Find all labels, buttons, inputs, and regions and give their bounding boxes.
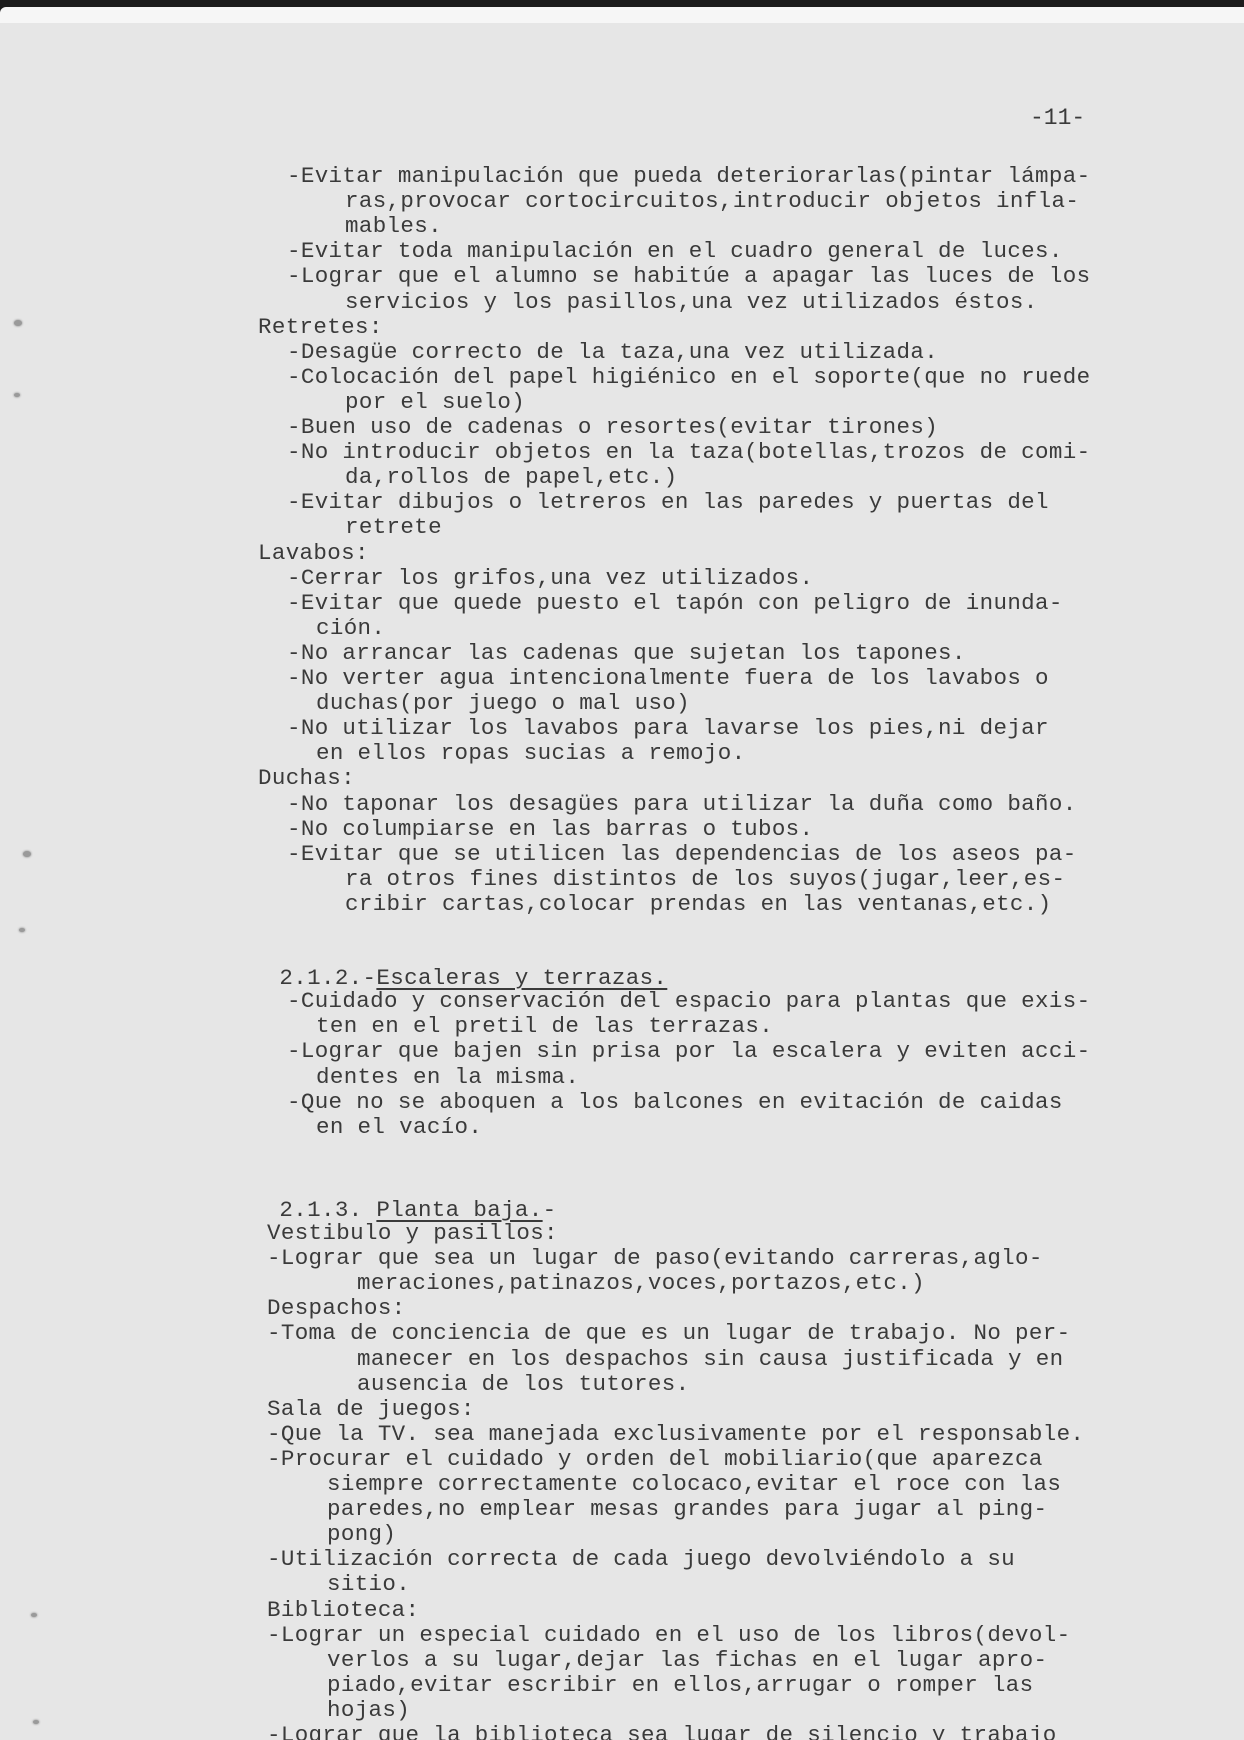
- text-line: sitio.: [327, 1572, 410, 1597]
- list-item: -No utilizar los lavabos para lavarse lo…: [287, 716, 1049, 741]
- list-item: -No taponar los desagües para utilizar l…: [287, 792, 1077, 817]
- text-line: piado,evitar escribir en ellos,arrugar o…: [327, 1673, 1033, 1698]
- list-item: -Evitar dibujos o letreros en las parede…: [287, 490, 1049, 515]
- text-line: mables.: [345, 214, 442, 239]
- text-line: da,rollos de papel,etc.): [345, 465, 677, 490]
- text-line: servicios y los pasillos,una vez utiliza…: [345, 290, 1038, 315]
- list-item: -Lograr que sea un lugar de paso(evitand…: [267, 1246, 1043, 1271]
- list-item: -Evitar que se utilicen las dependencias…: [287, 842, 1077, 867]
- list-item: -Lograr que la biblioteca sea lugar de s…: [267, 1723, 1057, 1740]
- text-line: siempre correctamente colocaco,evitar el…: [327, 1472, 1061, 1497]
- subsection-label: Duchas:: [258, 766, 355, 791]
- list-item: -Desagüe correcto de la taza,una vez uti…: [287, 340, 938, 365]
- subsection-label: Lavabos:: [258, 541, 369, 566]
- scanner-background: [0, 0, 1244, 7]
- text-line: meraciones,patinazos,voces,portazos,etc.…: [357, 1271, 925, 1296]
- list-item: -Cerrar los grifos,una vez utilizados.: [287, 566, 813, 591]
- list-item: -Utilización correcta de cada juego devo…: [267, 1547, 1015, 1572]
- subsection-label: Vestibulo y pasillos:: [267, 1221, 558, 1246]
- list-item: -Cuidado y conservación del espacio para…: [287, 989, 1090, 1014]
- list-item: -Evitar manipulación que pueda deteriora…: [287, 164, 1090, 189]
- text-line: en el vacío.: [316, 1115, 482, 1140]
- document-page: -11- -Evitar manipulación que pueda dete…: [0, 23, 1244, 1740]
- text-line: cribir cartas,colocar prendas en las ven…: [345, 892, 1051, 917]
- list-item: -Evitar que quede puesto el tapón con pe…: [287, 591, 1063, 616]
- text-line: ten en el pretil de las terrazas.: [316, 1014, 773, 1039]
- punch-hole-mark: [31, 1613, 37, 1617]
- list-item: -No verter agua intencionalmente fuera d…: [287, 666, 1049, 691]
- text-line: ción.: [316, 616, 385, 641]
- text-line: retrete: [345, 515, 442, 540]
- text-line: hojas): [327, 1698, 410, 1723]
- list-item: -No arrancar las cadenas que sujetan los…: [287, 641, 966, 666]
- punch-hole-mark: [14, 393, 20, 397]
- list-item: -No introducir objetos en la taza(botell…: [287, 440, 1090, 465]
- subsection-label: Retretes:: [258, 315, 383, 340]
- text-line: por el suelo): [345, 390, 525, 415]
- text-line: en ellos ropas sucias a remojo.: [316, 741, 745, 766]
- list-item: -No columpiarse en las barras o tubos.: [287, 817, 813, 842]
- list-item: -Lograr que bajen sin prisa por la escal…: [287, 1039, 1090, 1064]
- list-item: -Que no se aboquen a los balcones en evi…: [287, 1090, 1063, 1115]
- list-item: -Procurar el cuidado y orden del mobilia…: [267, 1447, 1043, 1472]
- paper-top-edge: [0, 7, 1244, 24]
- list-item: -Evitar toda manipulación en el cuadro g…: [287, 239, 1063, 264]
- page-number: -11-: [1030, 105, 1085, 131]
- subsection-label: Sala de juegos:: [267, 1397, 475, 1422]
- subsection-label: Biblioteca:: [267, 1598, 419, 1623]
- text-line: ausencia de los tutores.: [357, 1372, 689, 1397]
- punch-hole-mark: [33, 1720, 39, 1724]
- list-item: -Que la TV. sea manejada exclusivamente …: [267, 1422, 1084, 1447]
- punch-hole-mark: [19, 928, 25, 932]
- list-item: -Toma de conciencia de que es un lugar d…: [267, 1321, 1070, 1346]
- text-line: pong): [327, 1522, 396, 1547]
- text-line: verlos a su lugar,dejar las fichas en el…: [327, 1648, 1047, 1673]
- list-item: -Lograr un especial cuidado en el uso de…: [267, 1623, 1070, 1648]
- punch-hole-mark: [14, 320, 22, 326]
- list-item: -Colocación del papel higiénico en el so…: [287, 365, 1090, 390]
- text-line: manecer en los despachos sin causa justi…: [357, 1347, 1063, 1372]
- text-line: duchas(por juego o mal uso): [316, 691, 690, 716]
- list-item: -Lograr que el alumno se habitúe a apaga…: [287, 264, 1090, 289]
- punch-hole-mark: [23, 851, 31, 857]
- subsection-label: Despachos:: [267, 1296, 406, 1321]
- list-item: -Buen uso de cadenas o resortes(evitar t…: [287, 415, 938, 440]
- text-line: paredes,no emplear mesas grandes para ju…: [327, 1497, 1047, 1522]
- text-line: dentes en la misma.: [316, 1065, 579, 1090]
- text-line: ras,provocar cortocircuitos,introducir o…: [345, 189, 1079, 214]
- text-line: ra otros fines distintos de los suyos(ju…: [345, 867, 1065, 892]
